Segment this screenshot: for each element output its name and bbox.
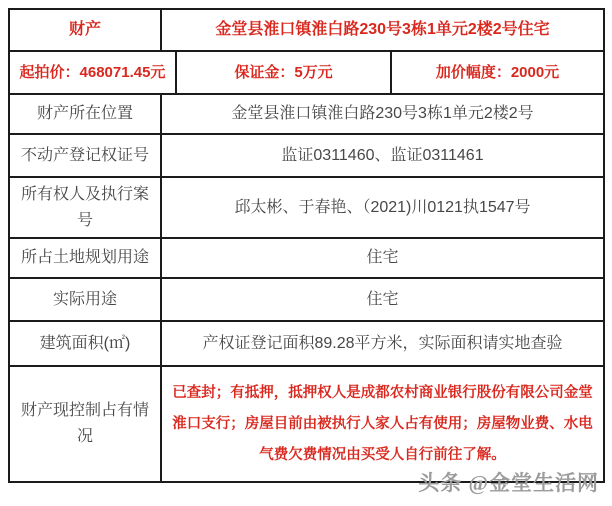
table-row-occupancy-status: 财产现控制占有情况 已查封；有抵押，抵押权人是成都农村商业银行股份有限公司金堂淮…: [10, 365, 603, 481]
start-price: 起拍价：468071.45元: [10, 52, 177, 93]
toutiao-watermark: 头条 @金堂生活网: [418, 467, 599, 497]
table-row-prices: 起拍价：468071.45元 保证金：5万元 加价幅度：2000元: [10, 50, 603, 93]
row-label: 实际用途: [10, 279, 162, 320]
row-label: 建筑面积(㎡): [10, 322, 162, 365]
table-row-building-area: 建筑面积(㎡) 产权证登记面积89.28平方米，实际面积请实地查验: [10, 320, 603, 365]
row-value: 住宅: [162, 239, 603, 277]
row-value: 已查封；有抵押，抵押权人是成都农村商业银行股份有限公司金堂淮口支行；房屋目前由被…: [162, 367, 603, 481]
row-value: 邱太彬、于春艳、（2021)川0121执1547号: [162, 178, 603, 237]
row-value: 住宅: [162, 279, 603, 320]
table-row-location: 财产所在位置 金堂县淮口镇淮白路230号3栋1单元2楼2号: [10, 93, 603, 133]
property-title: 金堂县淮口镇淮白路230号3栋1单元2楼2号住宅: [162, 10, 603, 50]
table-row-property: 财产 金堂县淮口镇淮白路230号3栋1单元2楼2号住宅: [10, 10, 603, 50]
row-value: 监证0311460、监证0311461: [162, 135, 603, 176]
row-label: 所有权人及执行案号: [10, 178, 162, 237]
deposit-amount: 保证金：5万元: [177, 52, 392, 93]
row-value: 产权证登记面积89.28平方米，实际面积请实地查验: [162, 322, 603, 365]
property-info-table: 财产 金堂县淮口镇淮白路230号3栋1单元2楼2号住宅 起拍价：468071.4…: [8, 8, 605, 483]
table-row-owner-case-number: 所有权人及执行案号 邱太彬、于春艳、（2021)川0121执1547号: [10, 176, 603, 237]
table-row-actual-use: 实际用途 住宅: [10, 277, 603, 320]
row-label: 财产现控制占有情况: [10, 367, 162, 481]
bid-increment: 加价幅度：2000元: [392, 52, 603, 93]
row-label: 所占土地规划用途: [10, 239, 162, 277]
property-label: 财产: [10, 10, 162, 50]
table-row-land-planned-use: 所占土地规划用途 住宅: [10, 237, 603, 277]
row-value: 金堂县淮口镇淮白路230号3栋1单元2楼2号: [162, 95, 603, 133]
row-label: 不动产登记权证号: [10, 135, 162, 176]
row-label: 财产所在位置: [10, 95, 162, 133]
auction-notice-page: 财产 金堂县淮口镇淮白路230号3栋1单元2楼2号住宅 起拍价：468071.4…: [0, 0, 612, 506]
table-row-registration-cert: 不动产登记权证号 监证0311460、监证0311461: [10, 133, 603, 176]
